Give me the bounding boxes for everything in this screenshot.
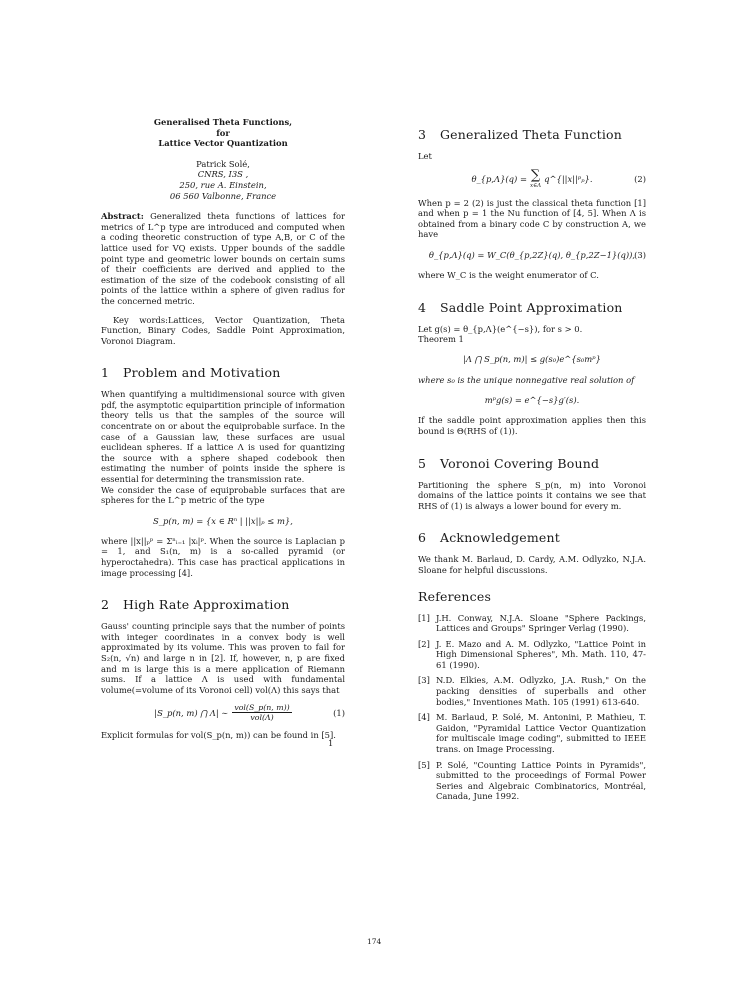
reference-item: [4]M. Barlaud, P. Solé, M. Antonini, P. … [418,712,646,754]
section-2-paragraph-1: Gauss' counting principle says that the … [101,621,345,695]
reference-label: [1] [418,613,436,634]
keywords: Key words:Lattices, Vector Quantization,… [101,315,345,347]
reference-label: [4] [418,712,436,754]
section-2-heading: 2High Rate Approximation [101,598,345,612]
saddle-equation: mᵖg(s) = e^{−s}g′(s). [418,393,646,407]
section-6-heading: 6Acknowledgement [418,531,646,545]
section-title: High Rate Approximation [123,597,290,612]
paper-title: Generalised Theta Functions, for Lattice… [101,117,345,149]
section-number: 5 [418,457,440,471]
section-title: Generalized Theta Function [440,127,622,142]
reference-item: [1]J.H. Conway, N.J.A. Sloane "Sphere Pa… [418,613,646,634]
equation-2: θ_{p,Λ}(q) = ∑x∈Λ q^{||x||ᵖₚ}. (2) [418,170,646,190]
equation-lhs: |S_p(n, m) ⋂ Λ| ∼ [154,708,228,719]
equation-3: θ_{p,Λ}(q) = W_C(θ_{p,2Z}(q), θ_{p,2Z−1}… [418,248,646,262]
equation-text: S_p(n, m) = {x ∈ Rⁿ | ||x||ₚ ≤ m}, [153,516,293,527]
reference-label: [2] [418,639,436,671]
theorem-label: Theorem 1 [418,334,646,345]
equation-rhs: q^{||x||ᵖₚ}. [544,174,592,185]
reference-text: J.H. Conway, N.J.A. Sloane "Sphere Packi… [436,613,646,634]
theorem-equation: |Λ ⋂ S_p(n, m)| ≤ g(s₀)e^{s₀mᵖ} [418,353,646,367]
author-city: 06 560 Valbonne, France [101,191,345,202]
section-number: 3 [418,128,440,142]
section-3-paragraph-2: where W_C is the weight enumerator of C. [418,270,646,281]
sum-symbol: ∑x∈Λ [530,170,541,190]
section-title: Saddle Point Approximation [440,300,623,315]
equation-number: (2) [634,174,646,185]
references-list: [1]J.H. Conway, N.J.A. Sloane "Sphere Pa… [418,613,646,803]
reference-item: [5]P. Solé, "Counting Lattice Points in … [418,760,646,802]
section-number: 1 [101,366,123,380]
section-6-paragraph-1: We thank M. Barlaud, D. Cardy, A.M. Odly… [418,554,646,575]
equation-number: (1) [333,708,345,719]
section-3-paragraph-1: When p = 2 (2) is just the classical the… [418,198,646,240]
author-street: 250, rue A. Einstein, [101,180,345,191]
abstract-label: Abstract: [101,211,144,221]
section-4-paragraph-1: Let g(s) = θ_{p,Λ}(e^{−s}), for s > 0. [418,324,646,335]
fraction-denominator: vol(Λ) [250,713,273,722]
abstract-text: Generalized theta functions of lattices … [101,211,345,306]
theorem-text: where s₀ is the unique nonnegative real … [418,375,646,386]
section-3-let: Let [418,151,646,162]
reference-text: N.D. Elkies, A.M. Odlyzko, J.A. Rush," O… [436,675,646,707]
author-block: Patrick Solé, CNRS, I3S , 250, rue A. Ei… [101,159,345,201]
section-1-heading: 1Problem and Motivation [101,366,345,380]
right-column: 3Generalized Theta Function Let θ_{p,Λ}(… [418,128,646,807]
section-number: 4 [418,301,440,315]
reference-item: [3]N.D. Elkies, A.M. Odlyzko, J.A. Rush,… [418,675,646,707]
section-4-heading: 4Saddle Point Approximation [418,301,646,315]
reference-text: J. E. Mazo and A. M. Odlyzko, "Lattice P… [436,639,646,671]
fraction-numerator: vol(S_p(n, m)) [232,703,291,713]
title-line-3: Lattice Vector Quantization [101,138,345,149]
title-line-1: Generalised Theta Functions, [101,117,345,128]
section-4-paragraph-2: If the saddle point approximation applie… [418,415,646,436]
section-5-paragraph-1: Partitioning the sphere S_p(n, m) into V… [418,480,646,512]
sum-subscript: x∈Λ [530,182,541,190]
reference-text: M. Barlaud, P. Solé, M. Antonini, P. Mat… [436,712,646,754]
equation-text: |Λ ⋂ S_p(n, m)| ≤ g(s₀)e^{s₀mᵖ} [463,354,601,365]
section-title: Problem and Motivation [123,365,280,380]
section-2-paragraph-2: Explicit formulas for vol(S_p(n, m)) can… [101,730,345,741]
page-number: 1 [328,738,333,748]
author-affiliation: CNRS, I3S , [101,169,345,180]
section-1-paragraph-2: We consider the case of equiprobable sur… [101,485,345,506]
equation-text: mᵖg(s) = e^{−s}g′(s). [485,395,580,406]
footer-page-number: 174 [367,937,381,946]
reference-text: P. Solé, "Counting Lattice Points in Pyr… [436,760,646,802]
references-heading: References [418,590,646,604]
section-number: 6 [418,531,440,545]
section-3-heading: 3Generalized Theta Function [418,128,646,142]
equation-lhs: θ_{p,Λ}(q) = [471,174,527,185]
author-name: Patrick Solé, [101,159,345,170]
reference-label: [5] [418,760,436,802]
equation-sphere: S_p(n, m) = {x ∈ Rⁿ | ||x||ₚ ≤ m}, [101,514,345,528]
section-1-paragraph-1: When quantifying a multidimensional sour… [101,389,345,484]
equation-text: θ_{p,Λ}(q) = W_C(θ_{p,2Z}(q), θ_{p,2Z−1}… [429,250,635,261]
equation-number: (3) [634,250,646,261]
equation-fraction: vol(S_p(n, m)) vol(Λ) [232,703,291,722]
left-column: Generalised Theta Functions, for Lattice… [101,117,345,741]
section-title: Voronoi Covering Bound [440,456,599,471]
reference-item: [2]J. E. Mazo and A. M. Odlyzko, "Lattic… [418,639,646,671]
section-5-heading: 5Voronoi Covering Bound [418,457,646,471]
section-number: 2 [101,598,123,612]
section-1-paragraph-3: where ||x||ₚᵖ = Σⁿᵢ₌₁ |xᵢ|ᵖ. When the so… [101,536,345,578]
keywords-label: Key words: [113,315,168,325]
equation-1: |S_p(n, m) ⋂ Λ| ∼ vol(S_p(n, m)) vol(Λ) … [101,703,345,722]
abstract: Abstract: Generalized theta functions of… [101,211,345,306]
section-title: Acknowledgement [440,530,560,545]
title-line-2: for [101,128,345,139]
reference-label: [3] [418,675,436,707]
